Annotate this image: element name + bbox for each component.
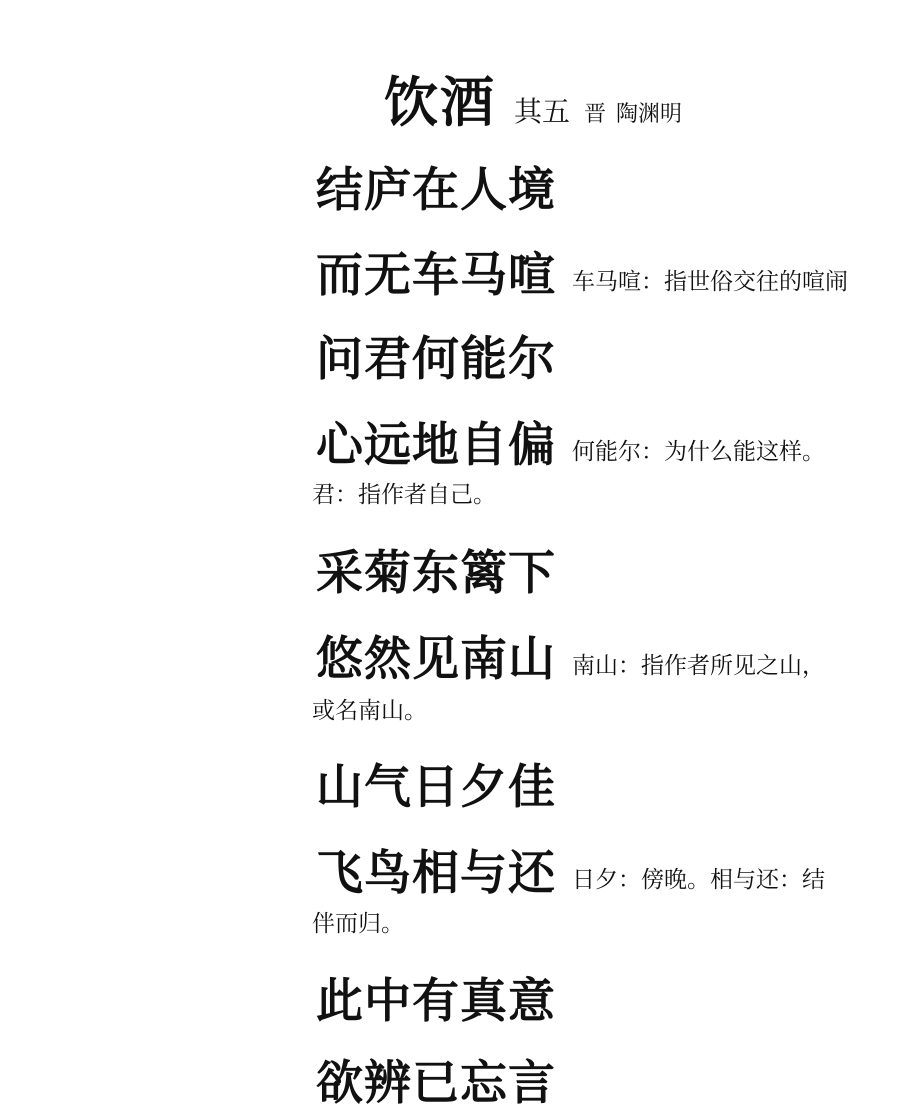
annotation: 何能尔：为什么能这样。 (572, 438, 825, 466)
annotation-continued: 君：指作者自己。 (312, 481, 496, 509)
poem-line: 采菊东篱下 (316, 546, 556, 602)
poem-line: 悠然见南山 南山：指作者所见之山， (316, 632, 556, 688)
poem-line: 而无车马喧 车马喧：指世俗交往的喧闹 (316, 248, 556, 304)
verse-text: 飞鸟相与还 (316, 846, 556, 902)
poem-line: 问君何能尔 (316, 332, 556, 388)
annotation: 南山：指作者所见之山， (572, 652, 825, 680)
poem-title-row: 饮酒其五晋陶渊明 (384, 60, 682, 137)
poem-author: 陶渊明 (616, 102, 682, 127)
poem-line: 结庐在人境 (316, 163, 556, 219)
verse-text: 结庐在人境 (316, 163, 556, 219)
verse-text: 山气日夕佳 (316, 760, 556, 816)
annotation-continued: 或名南山。 (312, 697, 427, 725)
annotation: 车马喧：指世俗交往的喧闹 (572, 268, 848, 296)
verse-text: 心远地自偏 (316, 418, 556, 474)
poem-line: 此中有真意 (316, 974, 556, 1030)
poem-subtitle: 其五 (514, 95, 570, 128)
poem-title: 饮酒 (384, 70, 496, 134)
poem-line: 心远地自偏 何能尔：为什么能这样。 (316, 418, 556, 474)
verse-text: 悠然见南山 (316, 632, 556, 688)
verse-text: 欲辨已忘言 (316, 1056, 556, 1106)
annotation-continued: 伴而归。 (312, 910, 404, 938)
annotation: 日夕：傍晚。相与还：结 (572, 866, 825, 894)
verse-text: 采菊东篱下 (316, 546, 556, 602)
verse-text: 问君何能尔 (316, 332, 556, 388)
poem-line: 欲辨已忘言 (316, 1056, 556, 1106)
poem-dynasty: 晋 (584, 102, 606, 127)
verse-text: 此中有真意 (316, 974, 556, 1030)
verse-text: 而无车马喧 (316, 248, 556, 304)
poem-line: 飞鸟相与还 日夕：傍晚。相与还：结 (316, 846, 556, 902)
poem-line: 山气日夕佳 (316, 760, 556, 816)
